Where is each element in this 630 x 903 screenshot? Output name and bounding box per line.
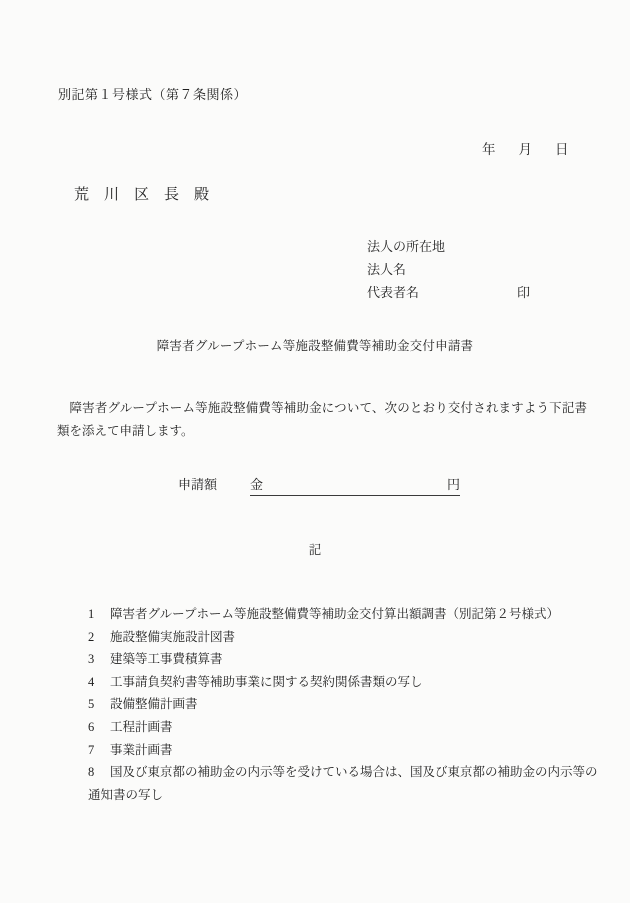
date-line: 年 月 日 <box>482 138 569 158</box>
attachment-number: 2 <box>88 626 110 649</box>
attachment-text: 事業計画書 <box>110 743 173 757</box>
application-form-page: 別記第１号様式（第７条関係） 年 月 日 荒 川 区 長 殿 法人の所在地 法人… <box>0 0 630 903</box>
amount-currency-prefix: 金 <box>250 474 263 493</box>
attachment-item: 3建築等工事費積算書 <box>88 648 600 671</box>
attachment-list: 1障害者グループホーム等施設整備費等補助金交付算出額調書（別記第２号様式） 2施… <box>88 603 600 806</box>
attachment-text: 建築等工事費積算書 <box>110 652 223 666</box>
attachment-text: 工事請負契約書等補助事業に関する契約関係書類の写し <box>110 675 423 689</box>
date-day-label: 日 <box>555 138 569 158</box>
attachment-item: 1障害者グループホーム等施設整備費等補助金交付算出額調書（別記第２号様式） <box>88 603 600 626</box>
attachment-number: 5 <box>88 693 110 716</box>
attachment-text: 施設整備実施設計図書 <box>110 630 235 644</box>
attachment-item: 4工事請負契約書等補助事業に関する契約関係書類の写し <box>88 671 600 694</box>
attachment-number: 3 <box>88 648 110 671</box>
attachment-text: 国及び東京都の補助金の内示等を受けている場合は、国及び東京都の補助金の内示等の通… <box>88 765 598 802</box>
amount-fill-in-field: 金 円 <box>250 474 460 496</box>
document-title: 障害者グループホーム等施設整備費等補助金交付申請書 <box>0 336 630 354</box>
attachment-item: 7事業計画書 <box>88 739 600 762</box>
attachment-item: 8国及び東京都の補助金の内示等を受けている場合は、国及び東京都の補助金の内示等の… <box>88 761 600 806</box>
attachment-text: 障害者グループホーム等施設整備費等補助金交付算出額調書（別記第２号様式） <box>110 607 559 621</box>
attachment-text: 工程計画書 <box>110 720 173 734</box>
applicant-block: 法人の所在地 法人名 代表者名 印 <box>367 235 530 304</box>
attachment-text: 設備整備計画書 <box>110 697 198 711</box>
attachment-item: 6工程計画書 <box>88 716 600 739</box>
amount-label: 申請額 <box>178 474 217 493</box>
applicant-address-label: 法人の所在地 <box>367 235 530 258</box>
attachment-number: 4 <box>88 671 110 694</box>
amount-line: 申請額 金 円 <box>178 474 460 496</box>
attachment-number: 1 <box>88 603 110 626</box>
form-number: 別記第１号様式（第７条関係） <box>58 84 247 103</box>
applicant-representative-row: 代表者名 印 <box>367 281 530 304</box>
date-year-label: 年 <box>482 138 496 158</box>
amount-unit-suffix: 円 <box>447 474 460 493</box>
body-paragraph: 障害者グループホーム等施設整備費等補助金について、次のとおり交付されますよう下記… <box>57 397 587 442</box>
attachment-number: 6 <box>88 716 110 739</box>
seal-mark: 印 <box>517 281 530 304</box>
applicant-representative-label: 代表者名 <box>367 281 419 304</box>
attachment-item: 2施設整備実施設計図書 <box>88 626 600 649</box>
attachment-number: 8 <box>88 761 110 784</box>
list-marker-ki: 記 <box>0 540 630 558</box>
attachment-number: 7 <box>88 739 110 762</box>
attachment-item: 5設備整備計画書 <box>88 693 600 716</box>
addressee: 荒 川 区 長 殿 <box>74 183 209 204</box>
date-month-label: 月 <box>519 138 533 158</box>
applicant-corp-name-label: 法人名 <box>367 258 530 281</box>
